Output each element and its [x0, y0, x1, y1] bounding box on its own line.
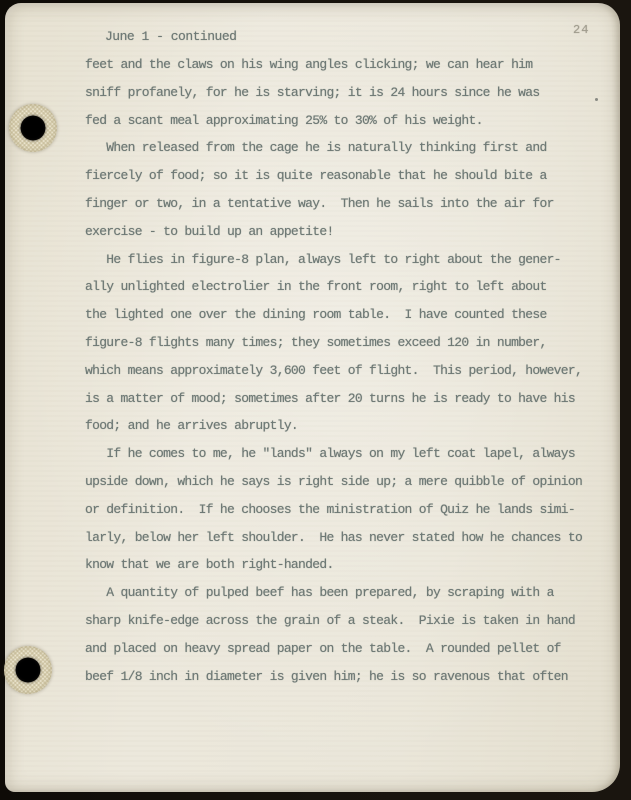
- text-line: the lighted one over the dining room tab…: [85, 301, 610, 329]
- text-line: exercise - to build up an appetite!: [85, 218, 610, 246]
- ink-speck: [595, 98, 598, 101]
- text-line: fiercely of food; so it is quite reasona…: [85, 162, 610, 190]
- text-line: larly, below her left shoulder. He has n…: [85, 524, 610, 552]
- text-line: figure-8 flights many times; they someti…: [85, 329, 610, 357]
- text-line: upside down, which he says is right side…: [85, 468, 610, 496]
- punch-hole-bottom: [16, 658, 41, 683]
- text-line: food; and he arrives abruptly.: [85, 412, 610, 440]
- text-line: When released from the cage he is natura…: [85, 134, 610, 162]
- text-line: fed a scant meal approximating 25% to 30…: [85, 107, 610, 135]
- text-line: finger or two, in a tentative way. Then …: [85, 190, 610, 218]
- text-line: If he comes to me, he "lands" always on …: [85, 440, 610, 468]
- text-line: know that we are both right-handed.: [85, 551, 610, 579]
- text-line: beef 1/8 inch in diameter is given him; …: [85, 663, 610, 691]
- punch-hole-top: [21, 116, 46, 141]
- hole-punch-reinforcement-top: [9, 104, 57, 152]
- text-line: and placed on heavy spread paper on the …: [85, 635, 610, 663]
- text-line: which means approximately 3,600 feet of …: [85, 357, 610, 385]
- hole-punch-reinforcement-bottom: [4, 646, 52, 694]
- text-line: ally unlighted electrolier in the front …: [85, 273, 610, 301]
- text-line: or definition. If he chooses the ministr…: [85, 496, 610, 524]
- text-line: A quantity of pulped beef has been prepa…: [85, 579, 610, 607]
- notebook-page: 24 June 1 - continued feet and the claws…: [5, 3, 620, 792]
- text-line: sniff profanely, for he is starving; it …: [85, 79, 610, 107]
- page-number: 24: [573, 23, 589, 37]
- text-line: is a matter of mood; sometimes after 20 …: [85, 385, 610, 413]
- typewritten-text: feet and the claws on his wing angles cl…: [85, 51, 610, 690]
- text-line: He flies in figure-8 plan, always left t…: [85, 246, 610, 274]
- text-line: sharp knife-edge across the grain of a s…: [85, 607, 610, 635]
- entry-heading: June 1 - continued: [105, 29, 236, 44]
- text-line: feet and the claws on his wing angles cl…: [85, 51, 610, 79]
